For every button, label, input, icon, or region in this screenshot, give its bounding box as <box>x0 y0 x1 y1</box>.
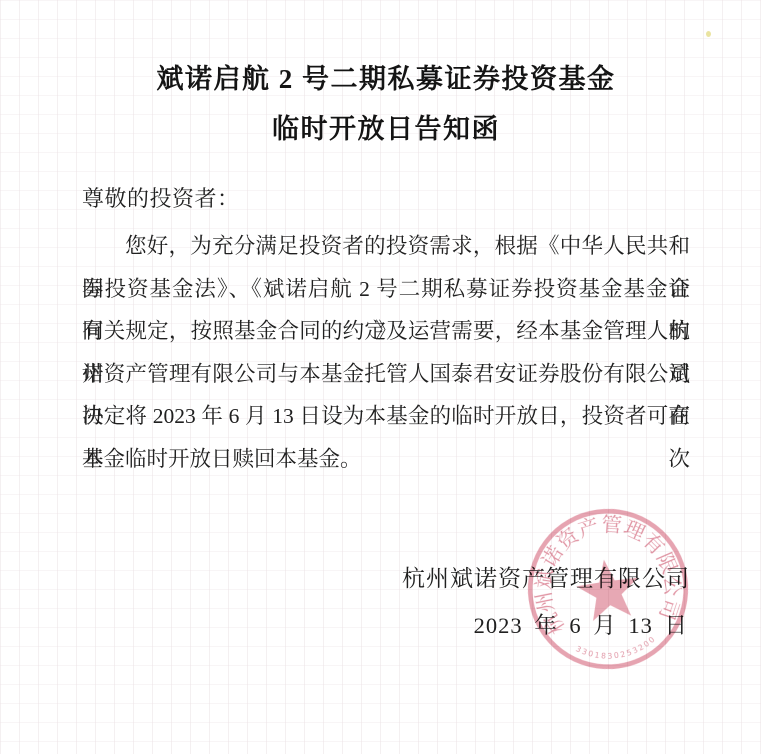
svg-text:3301830253200: 3301830253200 <box>573 633 659 666</box>
paragraph-line: 诺资产管理有限公司与本基金托管人国泰君安证券股份有限公司协商 <box>82 353 690 396</box>
seal-serial-number: 3301830253200 <box>573 633 659 666</box>
document-page: { "document": { "title_line1": "斌诺启航 2 号… <box>0 0 761 754</box>
company-seal-stamp: 杭州斌诺资产管理有限公司 3301830253200 <box>510 491 707 688</box>
document-title-line2: 临时开放日告知函 <box>82 104 690 154</box>
paragraph-line: 券投资基金法》、《斌诺启航 2 号二期私募证券投资基金基金合同》的 <box>82 268 690 311</box>
document-title-line1: 斌诺启航 2 号二期私募证券投资基金 <box>82 54 690 104</box>
scan-speck <box>706 31 711 37</box>
paragraph-line: 决定将 2023 年 6 月 13 日设为本基金的临时开放日，投资者可在本次 <box>82 395 690 438</box>
body-paragraph: 您好，为充分满足投资者的投资需求，根据《中华人民共和国证 券投资基金法》、《斌诺… <box>82 225 690 480</box>
seal-star-icon <box>573 555 643 622</box>
paragraph-line: 有关规定，按照基金合同的约定及运营需要，经本基金管理人杭州斌 <box>82 310 690 353</box>
paragraph-line: 您好，为充分满足投资者的投资需求，根据《中华人民共和国证 <box>82 225 690 268</box>
salutation: 尊敬的投资者： <box>82 182 240 213</box>
document-title: 斌诺启航 2 号二期私募证券投资基金 临时开放日告知函 <box>82 54 690 154</box>
